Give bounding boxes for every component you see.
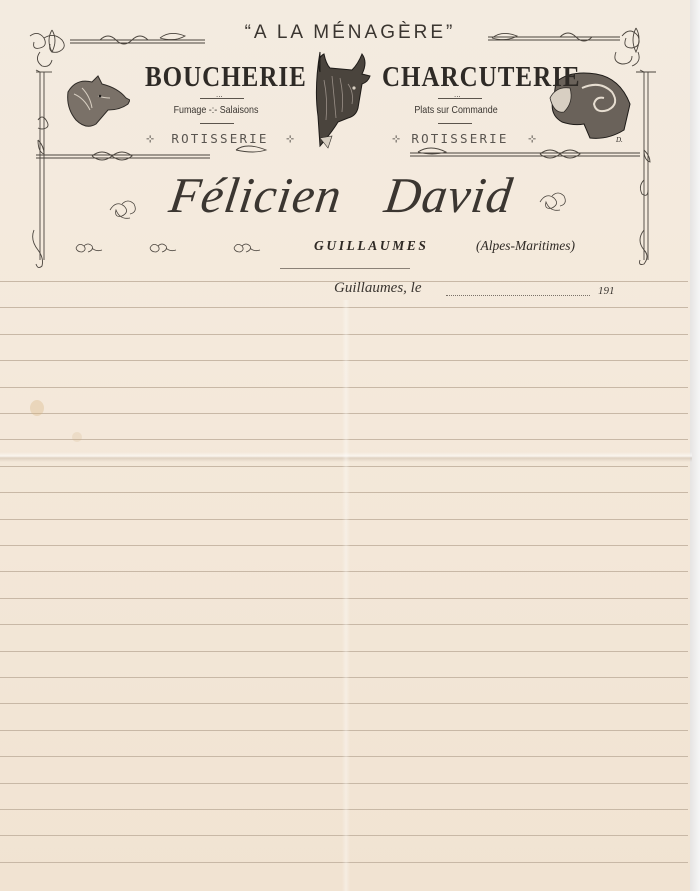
divider-rule [438, 123, 472, 124]
paper-stain [30, 400, 44, 416]
fleuron-icon: ⊹ [286, 135, 294, 145]
dot-ornament-icon: ··· [454, 94, 461, 101]
year-prefix: 191 [598, 285, 615, 297]
paper-stain [72, 432, 82, 442]
region-name: (Alpes-Maritimes) [476, 238, 575, 254]
specialty-plats: Plats sur Commande [388, 104, 524, 116]
bull-head-icon [308, 50, 378, 150]
place-date-label: Guillaumes, le [334, 280, 422, 297]
vertical-fold [342, 300, 350, 891]
trade-charcuterie: CHARCUTERIE [382, 62, 581, 94]
date-field[interactable] [446, 295, 590, 296]
rotisserie-right: ROTISSERIE [370, 131, 550, 146]
town-name: GUILLAUMES [314, 238, 429, 254]
specialty-fumage: Fumage -:- Salaisons [148, 104, 284, 116]
pig-head-icon [62, 74, 130, 130]
dot-ornament-icon: ··· [216, 94, 223, 101]
rotisserie-left: ROTISSERIE [130, 131, 310, 146]
trade-boucherie: BOUCHERIE [145, 62, 307, 94]
divider-rule [200, 123, 234, 124]
proprietor-name: Félicien David [166, 166, 517, 224]
fleuron-icon: ⊹ [528, 135, 536, 145]
divider-rule [280, 268, 410, 269]
ornamental-frame [0, 0, 700, 300]
svg-text:D.: D. [615, 136, 623, 144]
shop-name: “A LA MÉNAGÈRE” [212, 22, 488, 44]
